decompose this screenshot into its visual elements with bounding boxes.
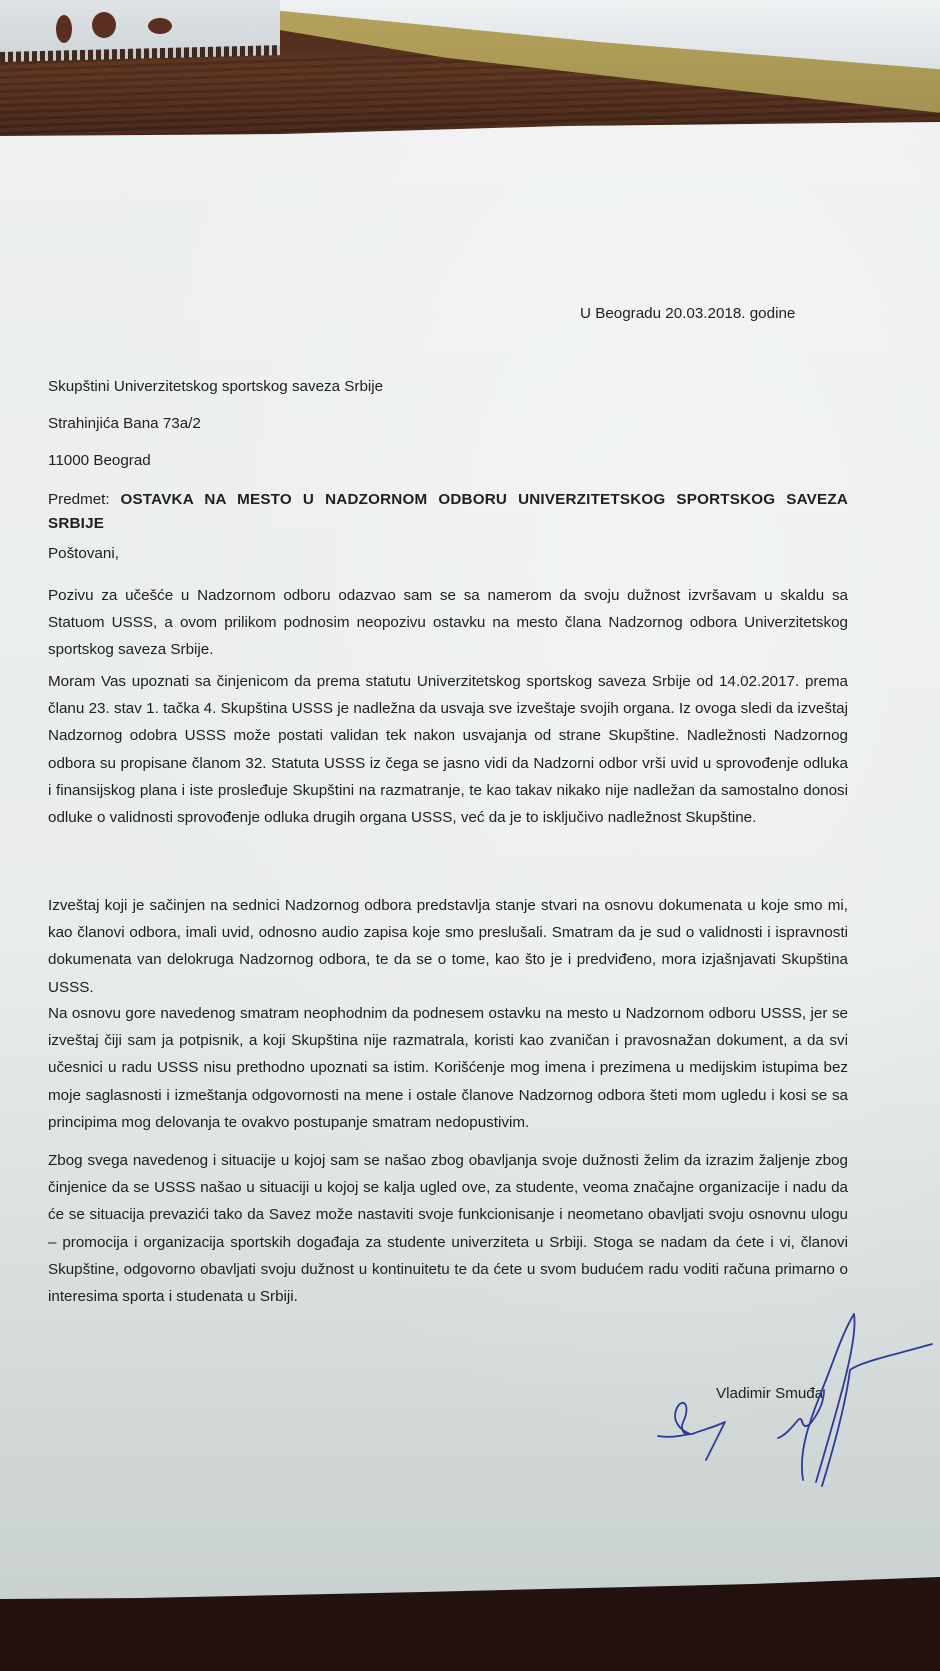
recipient-street: Strahinjića Bana 73a/2 xyxy=(48,415,201,432)
subject-line: Predmet: OSTAVKA NA MESTO U NADZORNOM OD… xyxy=(48,488,848,536)
paragraph-5: Zbog svega navedenog i situacije u kojoj… xyxy=(48,1147,848,1310)
paragraph-1: Pozivu za učešće u Nadzornom odboru odaz… xyxy=(48,582,848,664)
punch-hole xyxy=(92,12,116,38)
recipient-name: Skupštini Univerzitetskog sportskog save… xyxy=(48,378,383,395)
punch-hole xyxy=(148,18,172,34)
handwritten-signature xyxy=(640,1310,940,1510)
subject-label: Predmet: xyxy=(48,491,110,508)
subject-text: OSTAVKA NA MESTO U NADZORNOM ODBORU UNIV… xyxy=(48,491,848,532)
paragraph-2: Moram Vas upoznati sa činjenicom da prem… xyxy=(48,668,848,831)
paragraph-4: Na osnovu gore navedenog smatram neophod… xyxy=(48,1000,848,1136)
date-line: U Beogradu 20.03.2018. godine xyxy=(580,305,795,322)
greeting: Poštovani, xyxy=(48,545,119,562)
recipient-city: 11000 Beograd xyxy=(48,452,151,469)
paragraph-3: Izveštaj koji je sačinjen na sednici Nad… xyxy=(48,892,848,1001)
punch-hole xyxy=(56,15,72,43)
